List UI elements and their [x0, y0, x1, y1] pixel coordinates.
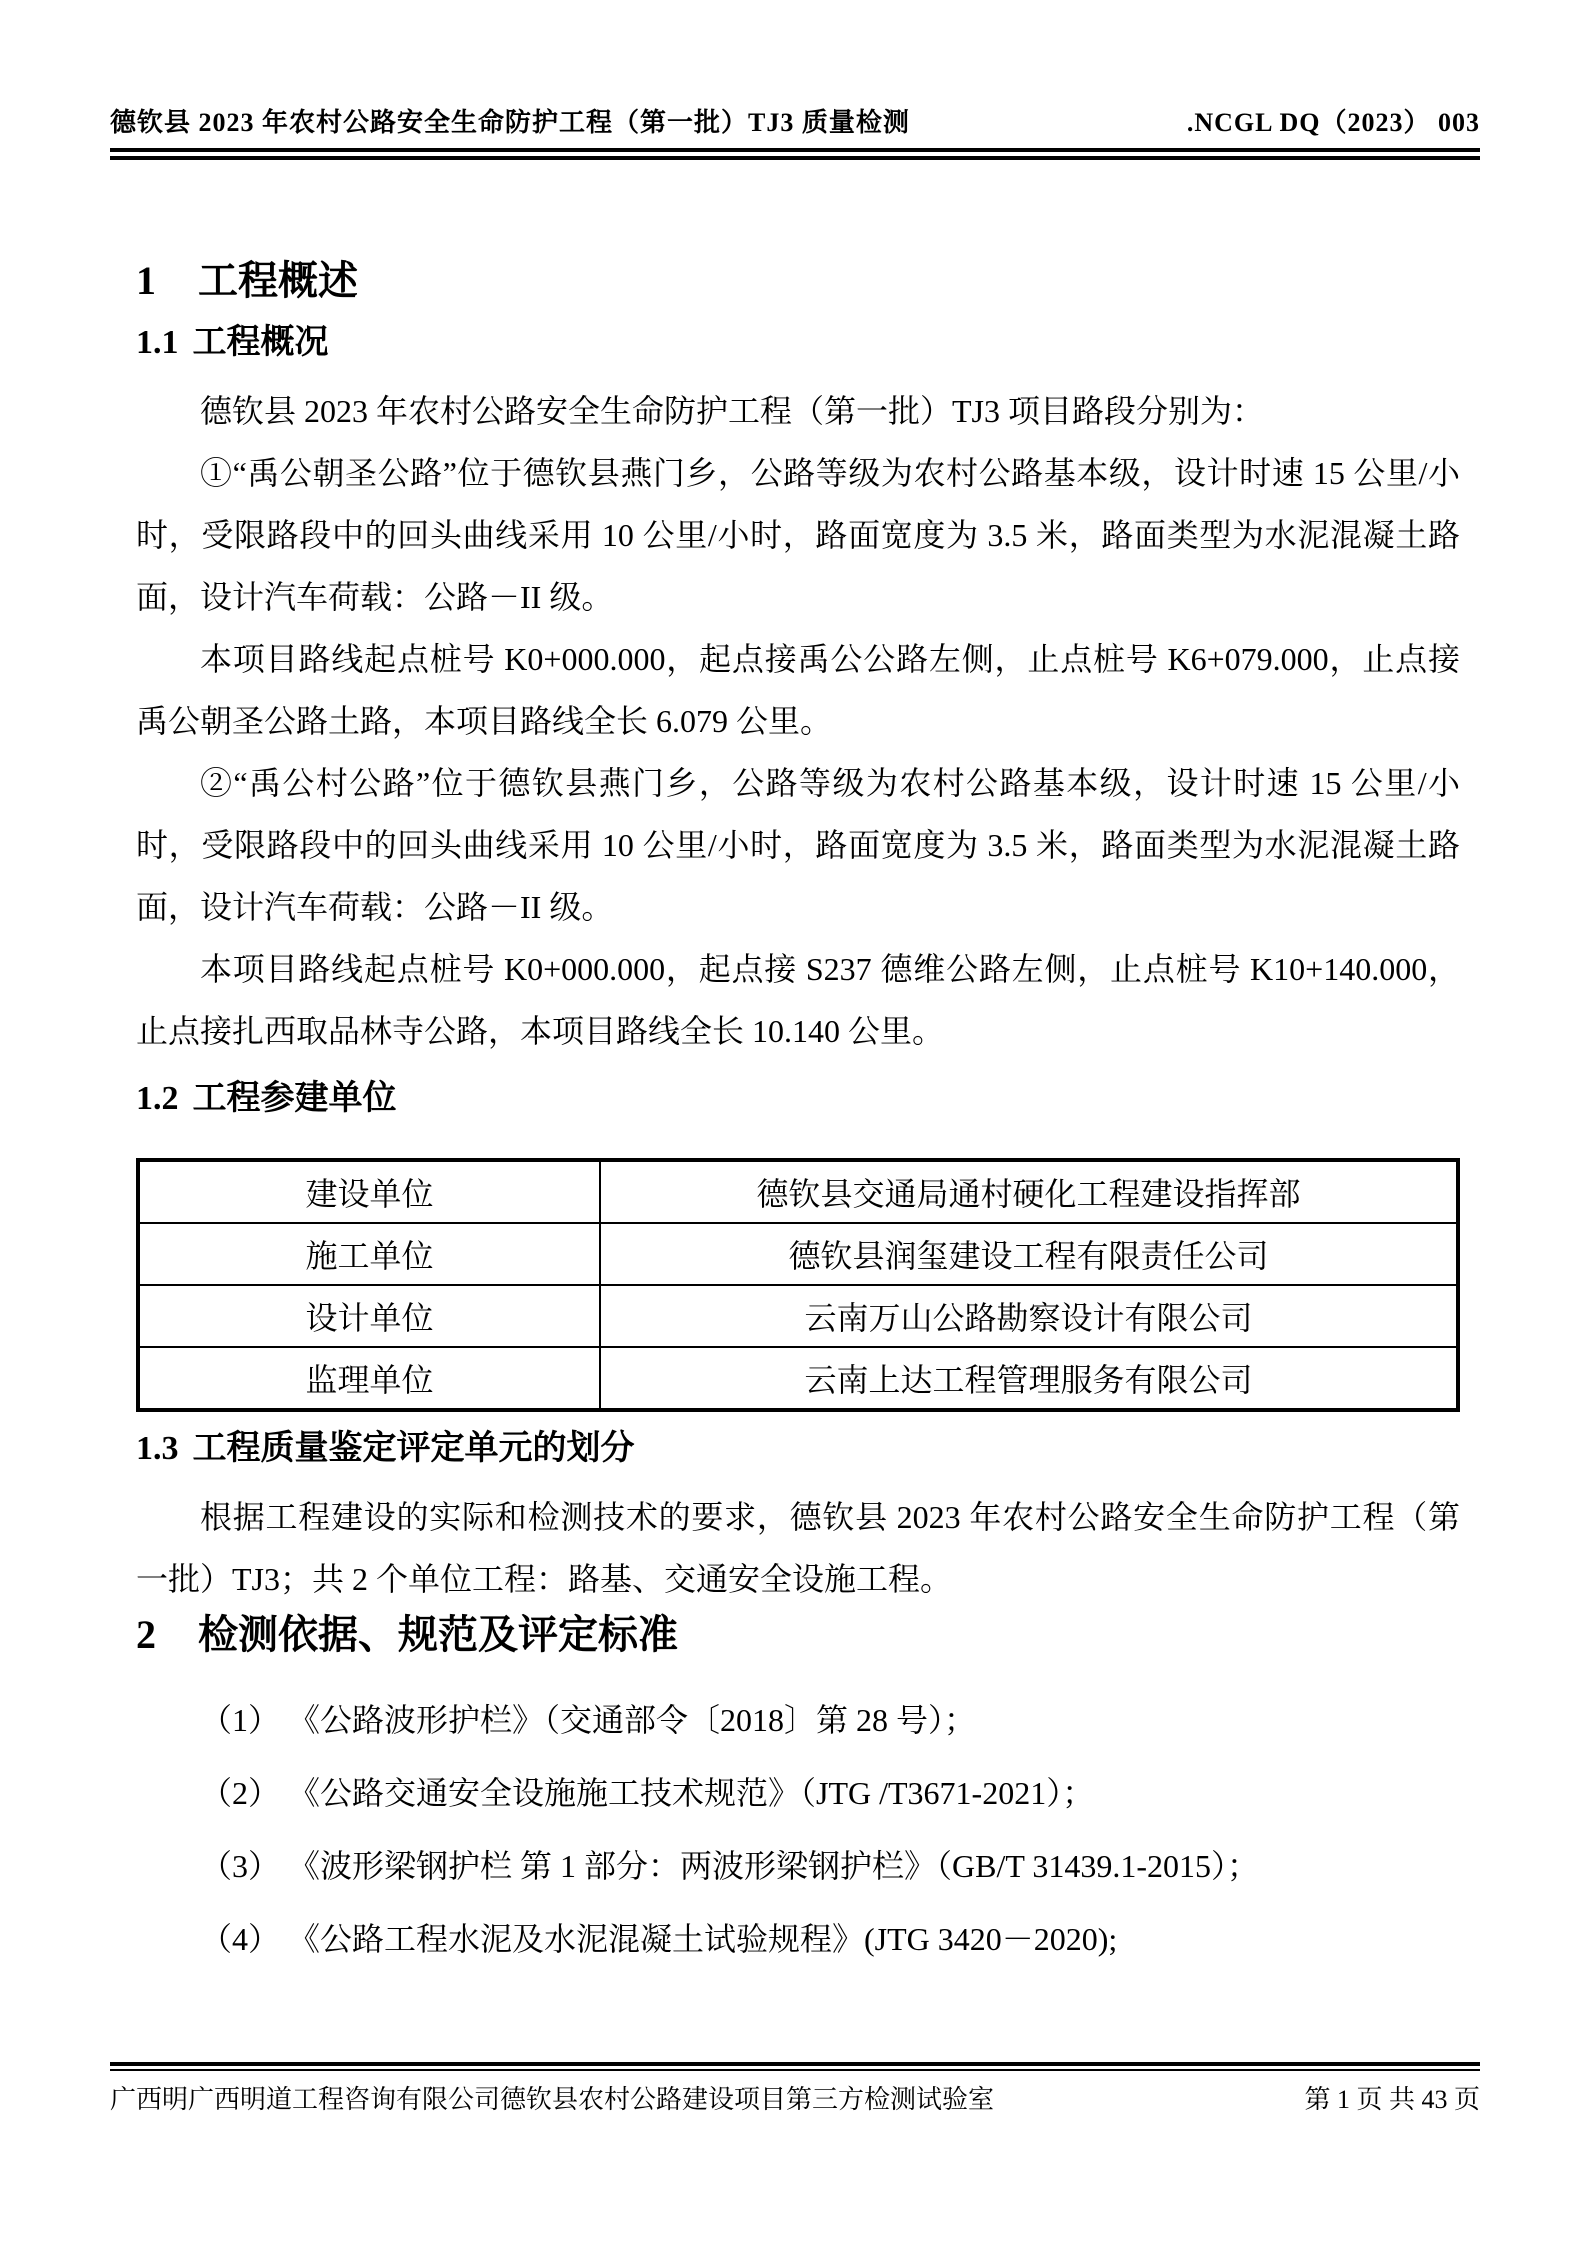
section-1-3-number: 1.3: [136, 1430, 179, 1467]
section-1-2-title: 工程参建单位: [193, 1080, 397, 1117]
section-1-1-title: 工程概况: [193, 324, 329, 361]
paragraph: 本项目路线起点桩号 K0+000.000，起点接禹公公路左侧，止点桩号 K6+0…: [136, 628, 1460, 752]
paragraph: 德钦县 2023 年农村公路安全生命防护工程（第一批）TJ3 项目路段分别为：: [136, 380, 1460, 442]
table-row: 施工单位 德钦县润玺建设工程有限责任公司: [138, 1223, 1458, 1285]
paragraph: ①“禹公朝圣公路”位于德钦县燕门乡，公路等级为农村公路基本级，设计时速 15 公…: [136, 442, 1460, 628]
reference-item: （3） 《波形梁钢护栏 第 1 部分：两波形梁钢护栏》（GB/T 31439.1…: [136, 1830, 1460, 1903]
page-header: 德钦县 2023 年农村公路安全生命防护工程（第一批）TJ3 质量检测 .NCG…: [110, 102, 1480, 139]
reference-item: （4） 《公路工程水泥及水泥混凝土试验规程》(JTG 3420－2020);: [136, 1903, 1460, 1976]
table-cell-label: 建设单位: [138, 1160, 600, 1223]
section-1-1-number: 1.1: [136, 324, 179, 361]
section-1-3-heading: 1.3工程质量鉴定评定单元的划分: [136, 1426, 1460, 1472]
section-2-title: 检测依据、规范及评定标准: [198, 1612, 678, 1657]
table-cell-label: 施工单位: [138, 1223, 600, 1285]
header-rule-bottom: [110, 156, 1480, 160]
footer-lab-name: 广西明广西明道工程咨询有限公司德钦县农村公路建设项目第三方检测试验室: [110, 2079, 994, 2116]
document-body: 1工程概述 1.1工程概况 德钦县 2023 年农村公路安全生命防护工程（第一批…: [0, 0, 1587, 1976]
section-2-number: 2: [136, 1612, 156, 1657]
section-1-title: 工程概述: [198, 258, 358, 303]
table-row: 监理单位 云南上达工程管理服务有限公司: [138, 1347, 1458, 1410]
reference-item: （2） 《公路交通安全设施施工技术规范》（JTG /T3671-2021）；: [136, 1757, 1460, 1830]
header-title: 德钦县 2023 年农村公路安全生命防护工程（第一批）TJ3 质量检测: [110, 102, 910, 139]
table-cell-value: 德钦县交通局通村硬化工程建设指挥部: [600, 1160, 1458, 1223]
section-1-2-heading: 1.2工程参建单位: [136, 1076, 1460, 1122]
section-1-number: 1: [136, 258, 156, 303]
section-1-2-number: 1.2: [136, 1080, 179, 1117]
footer-rule-bottom: [110, 2069, 1480, 2071]
footer-rule-top: [110, 2062, 1480, 2066]
section-1-1-heading: 1.1工程概况: [136, 320, 1460, 366]
paragraph: 本项目路线起点桩号 K0+000.000，起点接 S237 德维公路左侧，止点桩…: [136, 938, 1460, 1062]
page-footer: 广西明广西明道工程咨询有限公司德钦县农村公路建设项目第三方检测试验室 第 1 页…: [110, 2062, 1480, 2116]
paragraph: 根据工程建设的实际和检测技术的要求，德钦县 2023 年农村公路安全生命防护工程…: [136, 1486, 1460, 1610]
table-cell-value: 云南万山公路勘察设计有限公司: [600, 1285, 1458, 1347]
table-cell-label: 监理单位: [138, 1347, 600, 1410]
footer-text: 广西明广西明道工程咨询有限公司德钦县农村公路建设项目第三方检测试验室 第 1 页…: [110, 2079, 1480, 2116]
section-1-3-body: 根据工程建设的实际和检测技术的要求，德钦县 2023 年农村公路安全生命防护工程…: [136, 1486, 1460, 1610]
table-cell-value: 云南上达工程管理服务有限公司: [600, 1347, 1458, 1410]
section-1-1-body: 德钦县 2023 年农村公路安全生命防护工程（第一批）TJ3 项目路段分别为： …: [136, 380, 1460, 1062]
section-2-references: （1） 《公路波形护栏》（交通部令〔2018〕第 28 号）； （2） 《公路交…: [136, 1684, 1460, 1976]
paragraph: ②“禹公村公路”位于德钦县燕门乡，公路等级为农村公路基本级，设计时速 15 公里…: [136, 752, 1460, 938]
table-row: 建设单位 德钦县交通局通村硬化工程建设指挥部: [138, 1160, 1458, 1223]
header-doc-number: .NCGL DQ（2023） 003: [1187, 102, 1480, 139]
section-1-3-title: 工程质量鉴定评定单元的划分: [193, 1430, 635, 1467]
table-cell-value: 德钦县润玺建设工程有限责任公司: [600, 1223, 1458, 1285]
reference-item: （1） 《公路波形护栏》（交通部令〔2018〕第 28 号）；: [136, 1684, 1460, 1757]
table-row: 设计单位 云南万山公路勘察设计有限公司: [138, 1285, 1458, 1347]
document-page: 德钦县 2023 年农村公路安全生命防护工程（第一批）TJ3 质量检测 .NCG…: [0, 0, 1587, 2245]
footer-page-number: 第 1 页 共 43 页: [1304, 2079, 1480, 2116]
participants-table: 建设单位 德钦县交通局通村硬化工程建设指挥部 施工单位 德钦县润玺建设工程有限责…: [136, 1158, 1460, 1412]
header-rule-top: [110, 148, 1480, 152]
footer-rule: [110, 2062, 1480, 2071]
header-rule: [110, 148, 1480, 160]
section-2-heading: 2检测依据、规范及评定标准: [136, 1610, 1460, 1660]
table-cell-label: 设计单位: [138, 1285, 600, 1347]
section-1-heading: 1工程概述: [136, 256, 1460, 306]
